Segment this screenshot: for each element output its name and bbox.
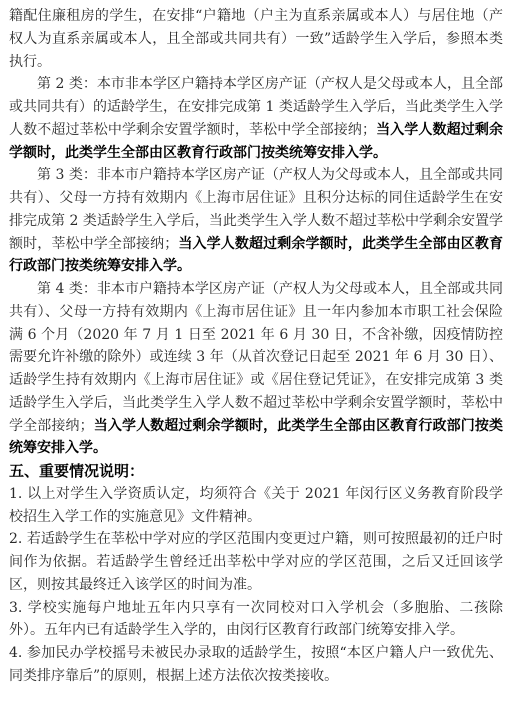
document-page: 籍配住廉租房的学生，在安排“户籍地（户主为直系亲属或本人）与居住地（产权人为直系… [0,0,511,711]
note-text: 3. 学校实施每户地址五年内只享有一次同校对口入学机会（多胞胎、二孩除外）。五年… [9,600,503,639]
paragraph-category-2: 第 2 类：本市非本学区户籍持本学区房产证（产权人是父母或本人，且全部或共同共有… [9,73,503,164]
note-item-1: 1. 以上对学生入学资质认定，均须符合《关于 2021 年闵行区义务教育阶段学校… [9,483,503,529]
paragraph-category-4: 第 4 类：非本市户籍持本学区房产证（产权人为父母或本人，且全部或共同共有）、父… [9,278,503,460]
note-text: 1. 以上对学生入学资质认定，均须符合《关于 2021 年闵行区义务教育阶段学校… [9,486,503,525]
note-item-3: 3. 学校实施每户地址五年内只享有一次同校对口入学机会（多胞胎、二孩除外）。五年… [9,597,503,643]
paragraph-continuation-category-1: 籍配住廉租房的学生，在安排“户籍地（户主为直系亲属或本人）与居住地（产权人为直系… [9,5,503,73]
note-item-2: 2. 若适龄学生在莘松中学对应的学区范围内变更过户籍，则可按照最初的迁户时间作为… [9,528,503,596]
body-text: 籍配住廉租房的学生，在安排“户籍地（户主为直系亲属或本人）与居住地（产权人为直系… [9,8,503,70]
body-text: 第 4 类：非本市户籍持本学区房产证（产权人为父母或本人，且全部或共同共有）、父… [9,281,503,434]
note-text: 4. 参加民办学校摇号未被民办录取的适龄学生，按照“本区户籍人户一致优先、同类排… [9,645,503,684]
paragraph-category-3: 第 3 类：非本市户籍持本学区房产证（产权人为父母或本人，且全部或共同共有）、父… [9,164,503,278]
note-item-4: 4. 参加民办学校摇号未被民办录取的适龄学生，按照“本区户籍人户一致优先、同类排… [9,642,503,688]
note-text: 2. 若适龄学生在莘松中学对应的学区范围内变更过户籍，则可按照最初的迁户时间作为… [9,531,503,593]
section-heading-important-notes: 五、重要情况说明： [9,460,503,483]
